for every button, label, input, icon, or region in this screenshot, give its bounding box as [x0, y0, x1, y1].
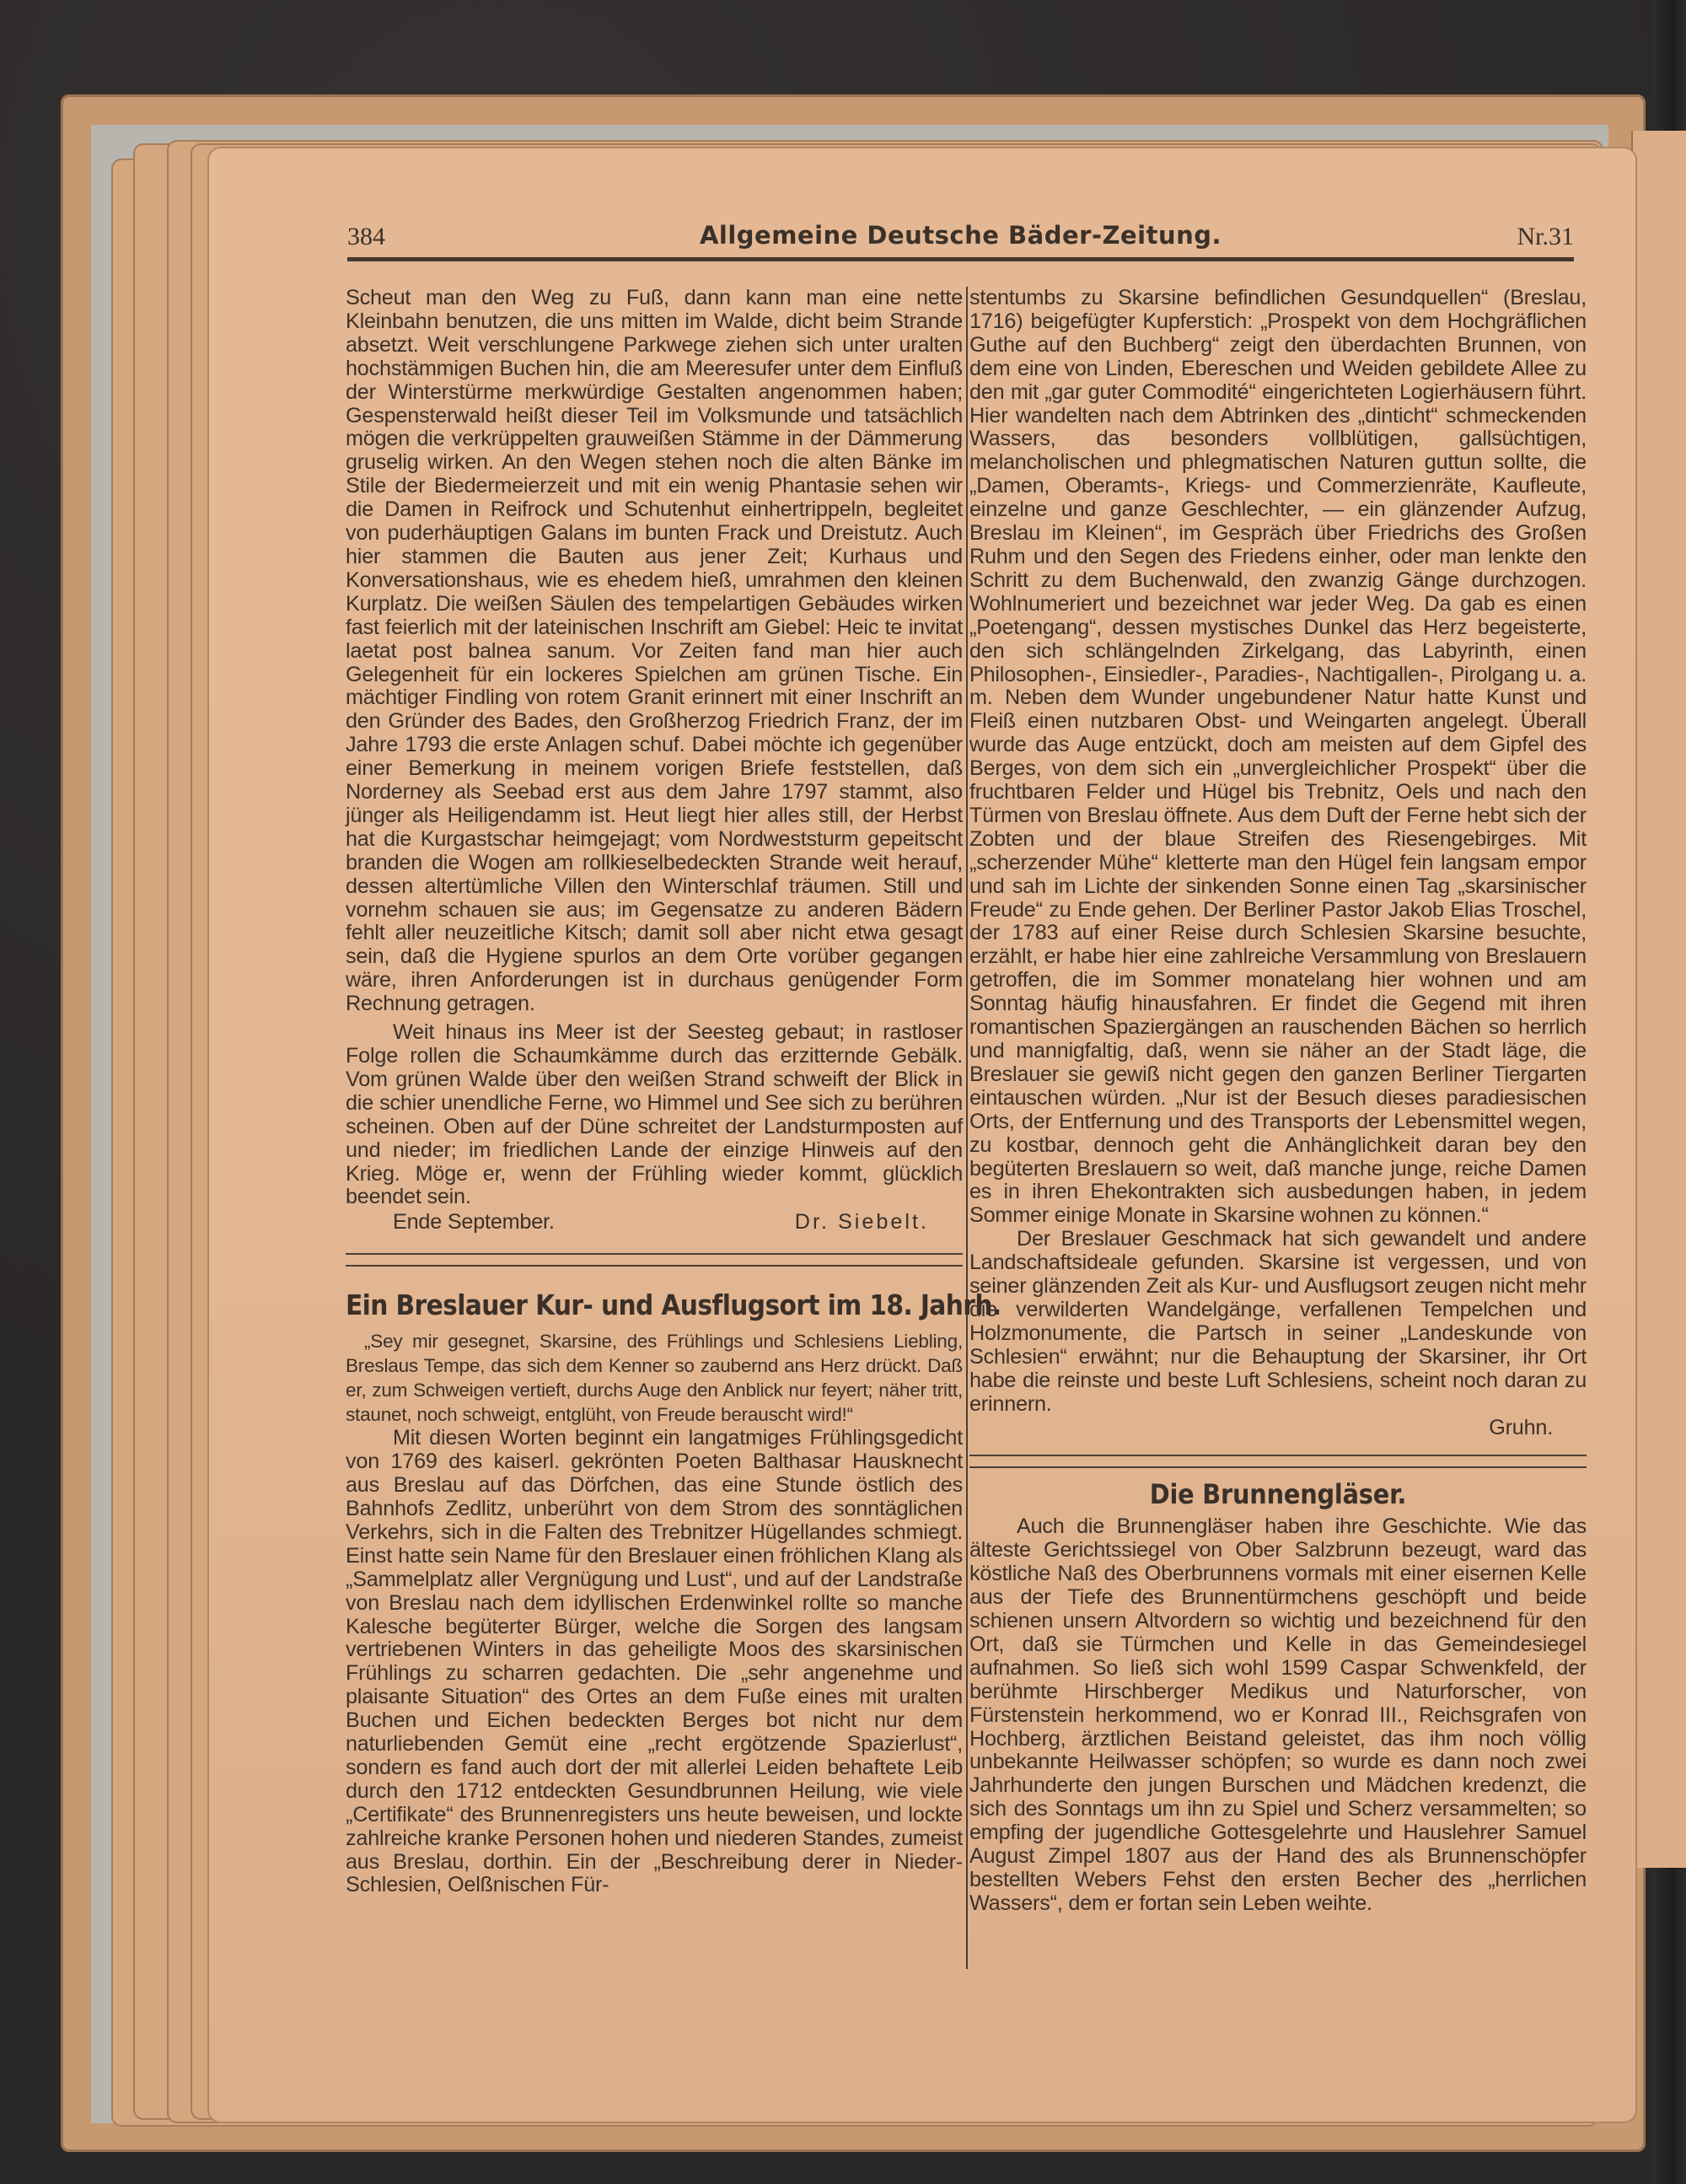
- article-signoff: Ende September. Dr. Siebelt.: [346, 1209, 963, 1235]
- journal-title: Allgemeine Deutsche Bäder-Zeitung.: [347, 221, 1574, 250]
- article-paragraph: stentumbs zu Skarsine befindlichen Gesun…: [969, 287, 1587, 1228]
- issue-number: Nr.31: [1517, 223, 1575, 251]
- article-signoff: Gruhn.: [969, 1417, 1587, 1440]
- article-paragraph: Mit diesen Worten beginnt ein langatmige…: [346, 1427, 963, 1897]
- article-title: Die Brunnengläser.: [969, 1478, 1587, 1510]
- right-column: stentumbs zu Skarsine befindlichen Gesun…: [969, 287, 1587, 1916]
- article-title: Ein Breslauer Kur- und Ausflugsort im 18…: [346, 1288, 963, 1322]
- dateline: Ende September.: [393, 1211, 555, 1235]
- article-paragraph: Auch die Brunnengläser haben ihre Geschi…: [969, 1515, 1587, 1915]
- column-divider: [966, 287, 968, 1969]
- article-paragraph: Der Breslauer Geschmack hat sich gewande…: [969, 1228, 1587, 1416]
- left-column: Scheut man den Weg zu Fuß, dann kann man…: [346, 287, 963, 1897]
- article-separator: [346, 1253, 963, 1267]
- article-paragraph: Scheut man den Weg zu Fuß, dann kann man…: [346, 287, 963, 1016]
- author-name: Gruhn.: [1489, 1417, 1553, 1440]
- article-separator: [969, 1455, 1587, 1468]
- facing-page-edge: [1631, 131, 1686, 1868]
- article-paragraph: Weit hinaus ins Meer ist der Seesteg geb…: [346, 1021, 963, 1209]
- epigraph-quote: „Sey mir gesegnet, Skarsine, des Frühlin…: [346, 1329, 963, 1427]
- header-rule: [347, 257, 1574, 261]
- author-name: Dr. Siebelt.: [795, 1211, 929, 1235]
